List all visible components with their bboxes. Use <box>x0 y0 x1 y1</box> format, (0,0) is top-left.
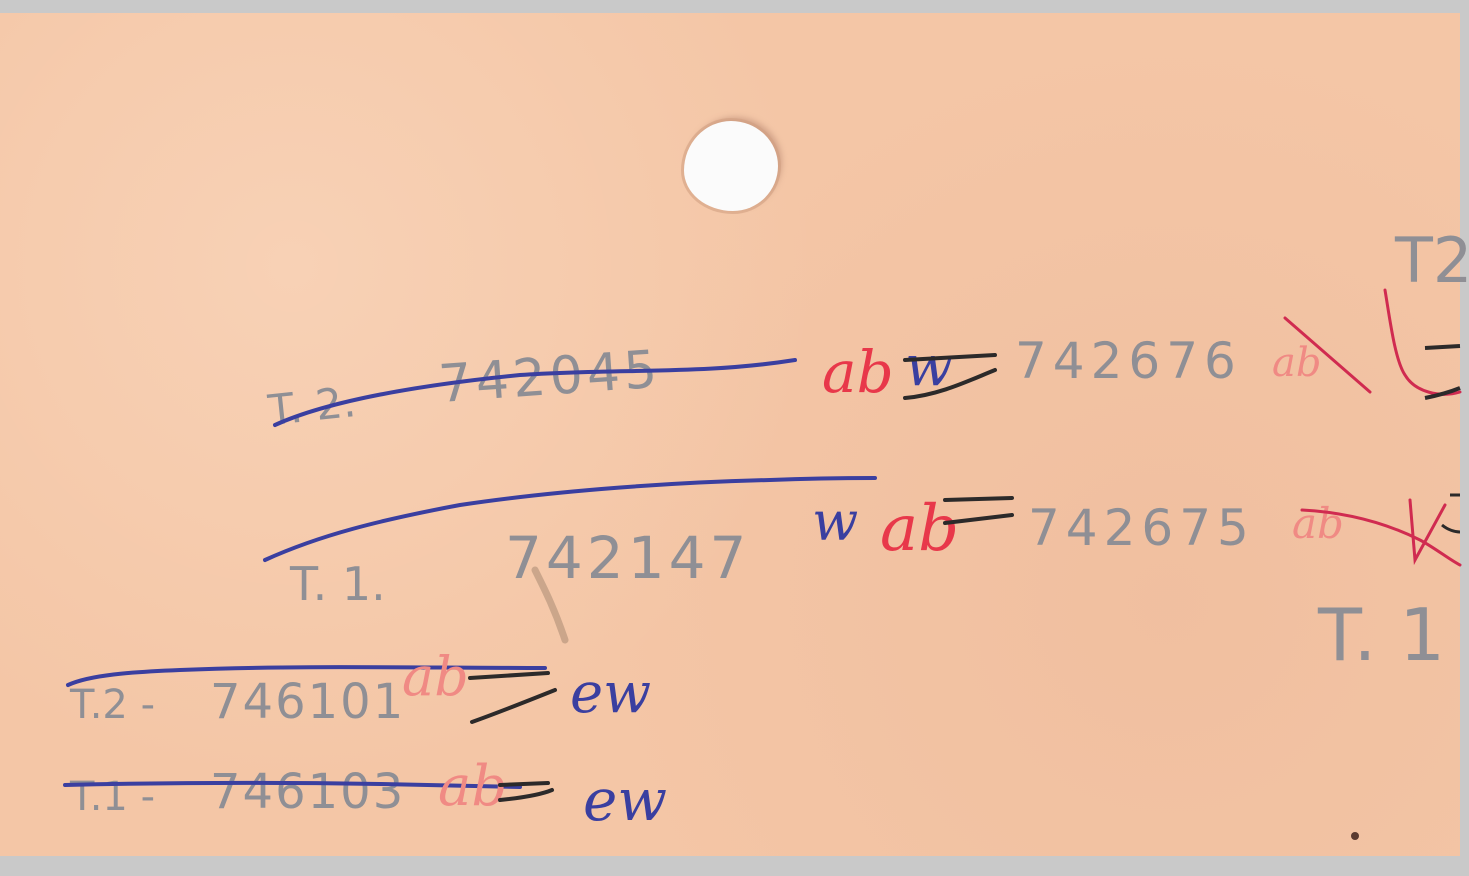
entry-1-replacement-red-mark: ab <box>1272 340 1321 386</box>
equals-arrow <box>500 783 552 800</box>
entry-3-label: T.2 - <box>69 682 155 728</box>
entry-2-replacement: 742675 <box>1028 499 1255 557</box>
equals-arrow <box>470 673 555 722</box>
entry-1-red-mark: ab <box>822 338 894 406</box>
entry-4-blue-mark: ew <box>583 766 667 834</box>
ink-speck <box>1351 832 1359 840</box>
entry-4-number: 746103 <box>210 764 405 820</box>
entry-2-red-mark: ab <box>880 492 959 566</box>
entry-row-2: T. 1. 742147 w ab 742675 ab <box>265 478 1460 611</box>
margin-note-top-right: T2 <box>1394 224 1469 297</box>
entry-1-replacement: 742676 <box>1015 332 1242 390</box>
margin-note-right-middle: T. 1 <box>1317 593 1445 677</box>
entry-1-label: T. 2. <box>265 377 358 435</box>
entry-row-1: T. 2. 742045 ab w 742676 ab <box>265 290 1460 435</box>
entry-3-blue-mark: ew <box>570 661 651 726</box>
entry-3-number: 746101 <box>210 674 405 730</box>
entry-2-blue-mark: w <box>812 490 858 553</box>
equals-arrow <box>1442 495 1460 532</box>
entry-3-red-mark: ab <box>402 645 469 708</box>
entry-2-label: T. 1. <box>289 557 386 611</box>
entry-row-3: T.2 - 746101 ab ew <box>68 645 651 730</box>
entry-row-4: T.1 - 746103 ab ew <box>65 754 667 834</box>
equals-arrow <box>1425 346 1460 398</box>
entry-4-label: T.1 - <box>69 774 155 820</box>
entry-4-red-mark: ab <box>438 754 507 819</box>
entry-1-number: 742045 <box>437 340 663 415</box>
entry-2-replacement-red-mark: ab <box>1292 499 1344 548</box>
handwriting-layer: T. 2. 742045 ab w 742676 ab T. 1. 742147… <box>0 0 1469 876</box>
